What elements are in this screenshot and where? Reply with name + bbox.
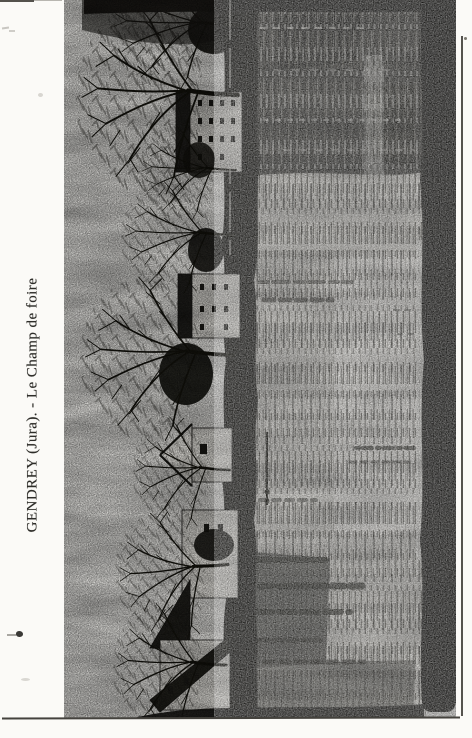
faint-smudge [21,678,30,681]
pencil-mark [9,30,15,32]
grain-overlay [64,0,456,718]
faint-smudge [38,93,43,97]
ink-blob [16,631,23,637]
ink-smudge [7,634,16,636]
top-border-line-faint [34,0,62,1]
postcard-photo [64,0,456,718]
right-border-line [461,36,463,716]
bottom-border-line [2,717,460,720]
postcard-scan: GENDREY (Jura). - Le Champ de foire [0,0,472,738]
photo-caption: GENDREY (Jura). - Le Champ de foire [25,278,42,533]
top-border-line [0,0,34,2]
ink-tick [464,37,467,40]
